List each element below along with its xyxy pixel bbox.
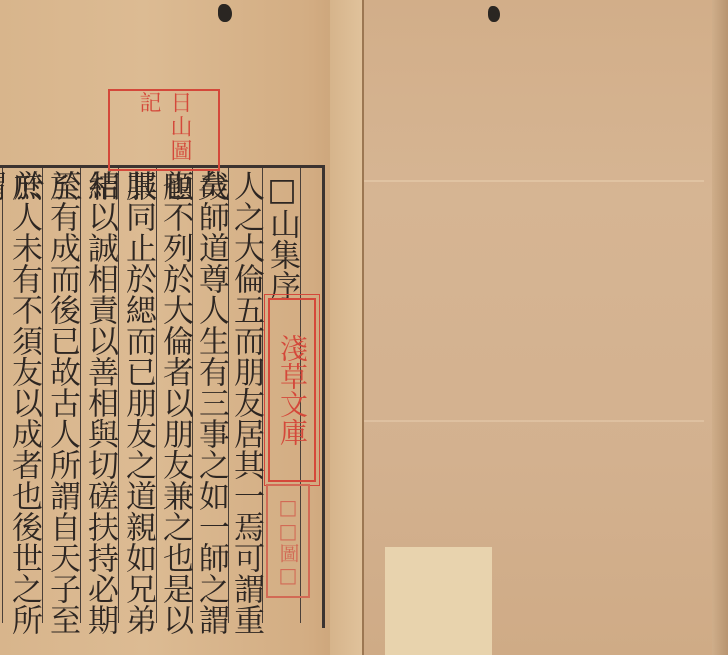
text-column-1: 人之大倫五而朋友居其一焉可謂重矣 [226,170,264,655]
text-column-4: 服同止於緦而已朋友之道親如兄弟相 [118,170,156,655]
text-column-7: 庶人未有不須友以成者也後世之所謂 [4,170,42,655]
preface-title: □山集序 [262,172,300,301]
paper-label-patch [385,547,492,655]
collector-seal-top: 日山圖記 [108,89,220,171]
text-column-3: 顧不列於大倫者以朋友兼之也是以其 [155,170,193,655]
wormhole-damage [218,4,232,22]
page-fold-strip [330,0,362,655]
paper-crease [364,420,704,422]
text-column-6: 於有成而後已故古人所謂自天子至於 [42,170,80,655]
text-column-2: 哉師道尊人生有三事之如一師之謂也 [191,170,229,655]
paper-crease [364,180,704,182]
text-column-5: 結以誠相責以善相與切磋扶持必期至 [80,170,118,655]
collector-seal-qianzao: 淺草文庫 [268,298,316,482]
wormhole-damage [488,6,500,22]
page-edge [712,0,728,655]
collector-seal-small: □□圖□ [266,484,310,598]
